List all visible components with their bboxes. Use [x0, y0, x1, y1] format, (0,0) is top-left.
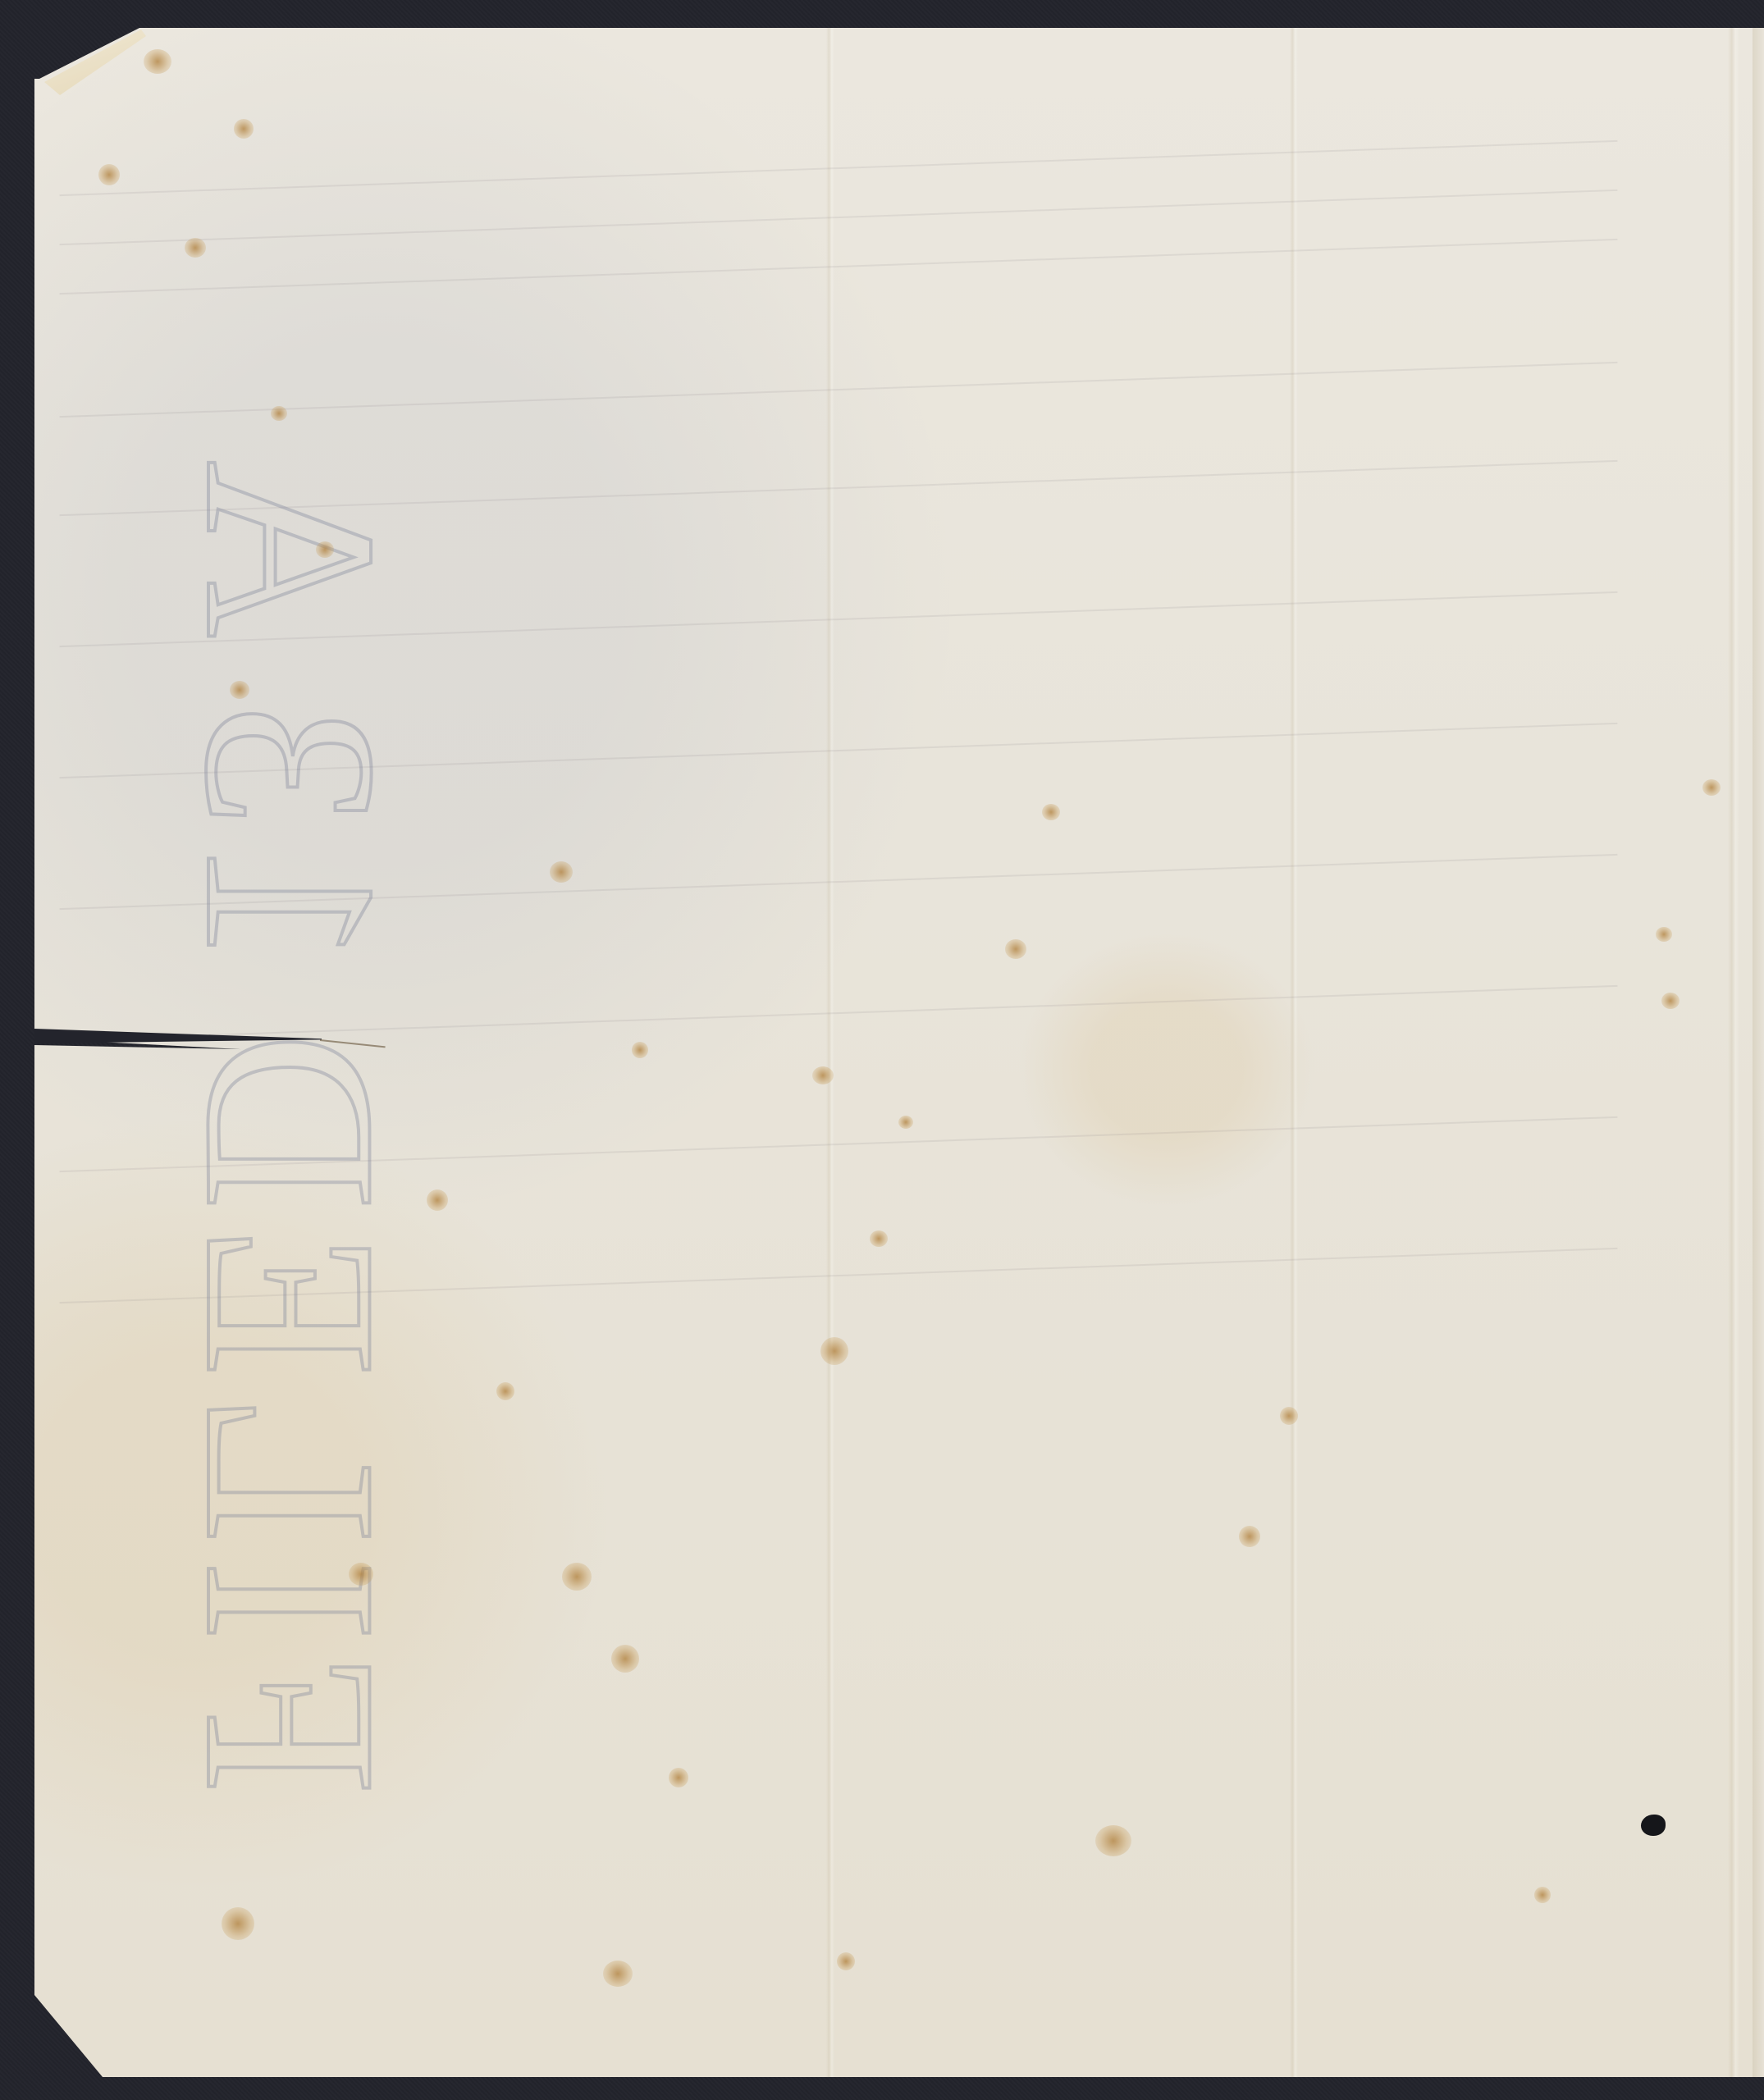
foxing-spot: [562, 1563, 592, 1591]
foxing-spot: [185, 238, 206, 258]
foxing-spot: [234, 119, 254, 139]
foxing-spot: [870, 1230, 888, 1247]
foxing-spot: [603, 1961, 633, 1987]
ink-blot: [1641, 1815, 1666, 1836]
foxing-spot: [144, 49, 171, 74]
foxing-spot: [1656, 927, 1672, 942]
foxing-spot: [1661, 993, 1679, 1009]
foxing-spot: [669, 1768, 688, 1787]
foxing-spot: [1005, 939, 1026, 959]
foxing-spot: [1042, 804, 1060, 820]
foxing-spot: [98, 164, 120, 185]
foxing-spot: [1534, 1887, 1551, 1903]
bleed-through-line: [60, 140, 1618, 196]
bleed-through-line: [60, 362, 1618, 418]
foxing-spot: [427, 1189, 448, 1211]
foxing-spot: [230, 681, 249, 699]
foxing-spot: [1702, 779, 1721, 796]
fold-line: [1290, 28, 1298, 2077]
stamp-letter: A: [168, 445, 414, 639]
bleed-through-line: [60, 239, 1618, 294]
foxing-spot: [222, 1907, 254, 1940]
fold-line: [1728, 28, 1739, 2077]
foxing-spot: [837, 1952, 855, 1970]
foxing-spot: [1280, 1407, 1298, 1425]
foxing-spot: [1095, 1825, 1131, 1856]
fold-line: [826, 28, 834, 2077]
foxing-spot: [1239, 1526, 1260, 1547]
foxing-spot: [496, 1382, 514, 1400]
stamp-word: FILED: [168, 1016, 414, 1795]
bleed-through-line: [60, 189, 1618, 245]
stamp-number: 13: [168, 687, 414, 966]
foxing-spot: [812, 1066, 834, 1084]
foxing-spot: [349, 1563, 373, 1586]
foxing-spot: [820, 1337, 848, 1365]
foxing-spot: [550, 861, 573, 883]
foxing-spot: [271, 406, 287, 421]
foxing-spot: [898, 1116, 913, 1129]
foxing-spot: [632, 1042, 648, 1058]
adjacent-page-edge: [1753, 28, 1764, 2077]
foxing-spot: [611, 1645, 639, 1673]
foxing-spot: [316, 541, 334, 558]
filed-stamp: FILED 13 A: [164, 644, 418, 1596]
